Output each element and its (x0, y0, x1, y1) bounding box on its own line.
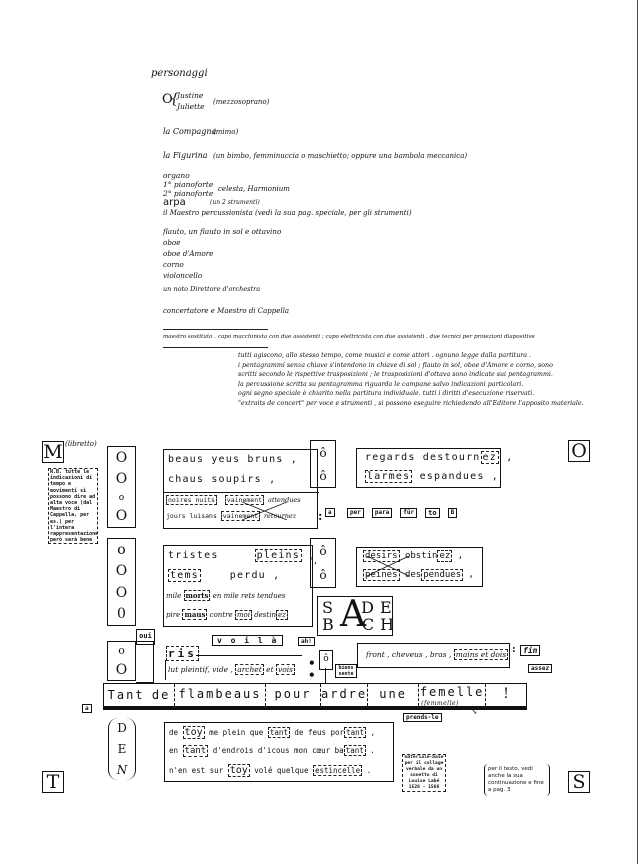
o-mark: O (116, 450, 127, 466)
letter-s: S (568, 771, 590, 793)
word-noires-nuits: noires nuits (166, 495, 217, 505)
divider-top (163, 329, 268, 330)
instrument-flauto: flauto, un flauto in sol e ottavino (163, 226, 281, 237)
verse-block-1: beaus yeus bruns , chaus soupirs , noire… (163, 449, 318, 529)
oui-frame (136, 641, 154, 683)
o-mark: 0 (117, 606, 126, 622)
compagna-role: (mimo) (213, 128, 238, 136)
o-column-1: O O o O (107, 446, 136, 528)
word-ez: ez (437, 550, 452, 562)
main-segment: Tant de (104, 684, 174, 706)
verse-line: en tant d'endrois d'icous mon cœur batan… (169, 746, 375, 756)
word: n'en est sur (169, 766, 223, 775)
verse-line: beaus yeus bruns , (168, 454, 298, 465)
cross-lines (367, 556, 409, 576)
o-mark: o (117, 542, 125, 558)
concertatore-note: concertatore e Maestro di Cappella (163, 307, 289, 315)
word-moi: moi (235, 610, 252, 620)
word-ez: ez (481, 451, 499, 464)
word: d'endrois d'icous mon cœur ba (213, 746, 344, 755)
word-destin: destin (254, 611, 276, 619)
o-hat: ô (319, 544, 326, 558)
main-segment: flambeaus (174, 684, 265, 706)
word-contre: contre (210, 611, 233, 619)
verse-line: regards destournez , (365, 452, 513, 463)
main-segment: femelle (femmelle) (418, 684, 485, 706)
word-lut: lut pleintif, vide , (168, 665, 233, 674)
director-note: un noto Direttore d'orchestra (163, 285, 260, 293)
word-jours-luisans: jours luisans (166, 512, 217, 520)
libretto-label: (libretto) (65, 440, 97, 448)
translation-row: per para für to B (347, 508, 457, 518)
instruments-keyboard: organo 1° pianoforte 2° pianoforte (163, 171, 213, 198)
o-column-3: o O (107, 641, 136, 681)
note-line: la percussione scritta su pentagramma ri… (238, 380, 584, 390)
arpa-note: (un 2 strumenti) (210, 199, 260, 206)
colon-mark: : (318, 509, 322, 523)
word-estincelle: estincelle (313, 765, 362, 776)
word-obstin: obstin (405, 551, 438, 561)
verse-block-4: desirs obstinez , peines despendues , (356, 547, 483, 587)
assez-tag: assez (528, 664, 552, 673)
main-segment: une (367, 684, 418, 706)
o-mark: O (116, 508, 127, 524)
letter-t: T (42, 771, 64, 793)
word: en (169, 746, 178, 755)
nb-note: N.B. tutte le indicazioni di tempo e mov… (48, 468, 98, 544)
note-line: i pentagrammi senza chiave s'intendono i… (238, 361, 584, 371)
verse-line: n'en est sur toy volé quelque estincelle… (169, 765, 371, 776)
word-archet: archet (235, 664, 264, 675)
word-et: et (266, 665, 273, 674)
word: , (371, 728, 376, 737)
verse-line: tems perdu , (168, 570, 280, 581)
fin-tag: fin (520, 645, 540, 656)
verse-line: tristes pleins , (168, 550, 316, 561)
verse-block-3: tristes pleins , tems perdu , mile morts… (163, 545, 313, 627)
word: volé quelque (254, 766, 308, 775)
percussion-note: il Maestro percussionista (vedi la sua p… (163, 209, 412, 217)
page-heading: personaggi (151, 68, 208, 79)
translation-para: para (372, 508, 392, 518)
verse-block-5: de toy me plein que tant de feus portant… (164, 722, 394, 782)
word-larmes: larmes (365, 470, 412, 483)
o-mark: O (116, 585, 127, 601)
word-pendues: pendues (421, 569, 463, 581)
word-perdu: perdu , (230, 570, 281, 581)
translation-fur: für (400, 508, 417, 518)
word-toy: toy (183, 726, 205, 739)
word-pire: pire (166, 611, 180, 619)
o-hat-box-3: ô (319, 650, 333, 670)
note-line: "extraits de concert" per voce e strumen… (238, 399, 584, 409)
word-ez: ez (276, 610, 288, 620)
word-vois: vois (276, 664, 295, 675)
instrument-arpa: arpa (163, 197, 186, 208)
word-front: front , cheveus , bras , (366, 650, 451, 659)
instrument-piano-1: 1° pianoforte (163, 180, 213, 189)
divider (164, 492, 319, 493)
word-tant: tant (268, 727, 290, 738)
translation-b: B (448, 508, 458, 518)
instrument-oboe-amore: oboe d'Amore (163, 248, 281, 259)
o-mark: O (116, 662, 127, 678)
verse-line: de toy me plein que tant de feus portant… (169, 727, 375, 738)
translation-to: to (425, 508, 439, 518)
word-tant: Tant (108, 688, 145, 702)
instrument-violoncello: violoncello (163, 270, 281, 281)
word: . (370, 746, 375, 755)
word-tant: tant (344, 727, 366, 738)
verse-line: larmes espandues , (365, 471, 499, 482)
femmelle-note: (femmelle) (421, 696, 459, 712)
o-mark: O (116, 471, 127, 487)
word-tant: tant (344, 745, 366, 756)
divider-bottom (163, 347, 268, 348)
main-segment: pour (265, 684, 320, 706)
voila-tag: v o i l à (212, 635, 283, 646)
word-maus: maus (182, 609, 207, 620)
ris-word: ris (166, 646, 199, 661)
instruments-winds: flauto, un flauto in sol e ottavino oboe… (163, 226, 281, 281)
cast-compagna: la Compagna (163, 127, 216, 137)
cross-lines (242, 502, 287, 520)
word-regards-destourn: regards destourn (365, 452, 481, 463)
word-mile-rets: en mile rets tendues (213, 592, 286, 600)
word-espandues: espandues , (420, 471, 499, 482)
word-morts: morts (184, 590, 211, 601)
ah-tag: ah! (298, 637, 315, 646)
a-tag: a (325, 508, 335, 517)
piano-note: celesta, Harmonium (218, 185, 290, 193)
ris-line (196, 655, 302, 656)
colon-mark: •• (308, 657, 316, 681)
note-line: tutti agiscono, allo stesso tempo, come … (238, 351, 584, 361)
word-toy: toy (228, 764, 250, 777)
front-block: front , cheveus , bras , mains et dois (357, 643, 510, 668)
prends-le-tag: prends-le (403, 713, 442, 722)
cast-figurina: la Figurina (163, 151, 208, 161)
bracket-line (165, 660, 166, 680)
note-line: ogni segno speciale è chiarito nella par… (238, 389, 584, 399)
o-hat-box-1: ô ô (310, 440, 336, 488)
letter-o: O (568, 440, 590, 462)
verse-line: mile morts en mile rets tendues (166, 591, 285, 600)
o-hat: ô (319, 446, 326, 460)
word: de feus por (294, 728, 344, 737)
page-border (637, 0, 638, 864)
o-mark: O (116, 563, 127, 579)
word: de (169, 728, 178, 737)
word-mains: mains et dois (454, 649, 508, 660)
word-tems: tems (168, 569, 201, 582)
a-tag: a (82, 704, 92, 713)
translation-per: per (347, 508, 364, 518)
arrow-icon: ↘ (470, 707, 478, 717)
sade-bach-box: S DE B CH A (317, 596, 393, 636)
verse-line: chaus soupirs , (168, 474, 276, 485)
main-line-box: Tant de flambeaus pour ardre une femelle… (103, 683, 527, 710)
figurina-role: (un bimbo, femminuccia o maschietto; opp… (213, 152, 467, 160)
o-hat-box-2: ô ô (310, 538, 336, 588)
o-mark: o (119, 493, 124, 503)
verse-line: pire maus contre moi destinez (166, 610, 288, 619)
word-tant: tant (183, 745, 209, 757)
word: me plein que (209, 728, 263, 737)
name-juliette: Juliette (177, 101, 205, 112)
word-pleins: pleins (255, 549, 302, 562)
word-mile: mile (166, 592, 181, 600)
instrument-corno: corno (163, 259, 281, 270)
o-hat: ô (319, 469, 326, 483)
word: . (367, 766, 372, 775)
den-bracket: D E N (108, 718, 136, 780)
o-column-2: o O O 0 (107, 538, 136, 626)
verse-block-2: regards destournez , larmes espandues , (356, 448, 501, 488)
instrument-oboe: oboe (163, 237, 281, 248)
big-a: A (340, 595, 366, 635)
colon-mark: : (512, 644, 516, 655)
verse-line: front , cheveus , bras , mains et dois (366, 650, 508, 659)
materiale-note: materiale-base per il collage verbale da… (402, 754, 446, 792)
lut-line: lut pleintif, vide , archet et vois (168, 665, 295, 674)
word-tristes: tristes (168, 550, 219, 561)
word-de: de (152, 688, 170, 702)
o-role: (mezzosoprano) (213, 98, 269, 106)
o-mark: o (118, 644, 125, 657)
staff-note: maestro sostituto . capo macchinista con… (163, 334, 535, 340)
o-hat: ô (319, 568, 326, 582)
letter-d: D (117, 721, 127, 735)
letter-e: E (118, 742, 127, 756)
note-line: scritti secondo le rispettive trasposizi… (238, 370, 584, 380)
main-segment: ! (485, 684, 526, 706)
name-justine: Justine (177, 90, 205, 101)
per-testo-note: per il testo, vedi anche la sua continua… (484, 764, 550, 796)
letter-m: M (42, 441, 64, 463)
letter-n: N (117, 763, 128, 777)
biens-sente-tag: biens sente (335, 664, 357, 678)
main-segment: ardre (320, 684, 367, 706)
performance-notes: tutti agiscono, allo stesso tempo, come … (238, 351, 584, 408)
instrument-organo: organo (163, 171, 213, 180)
o-names: Justine Juliette (177, 90, 205, 112)
